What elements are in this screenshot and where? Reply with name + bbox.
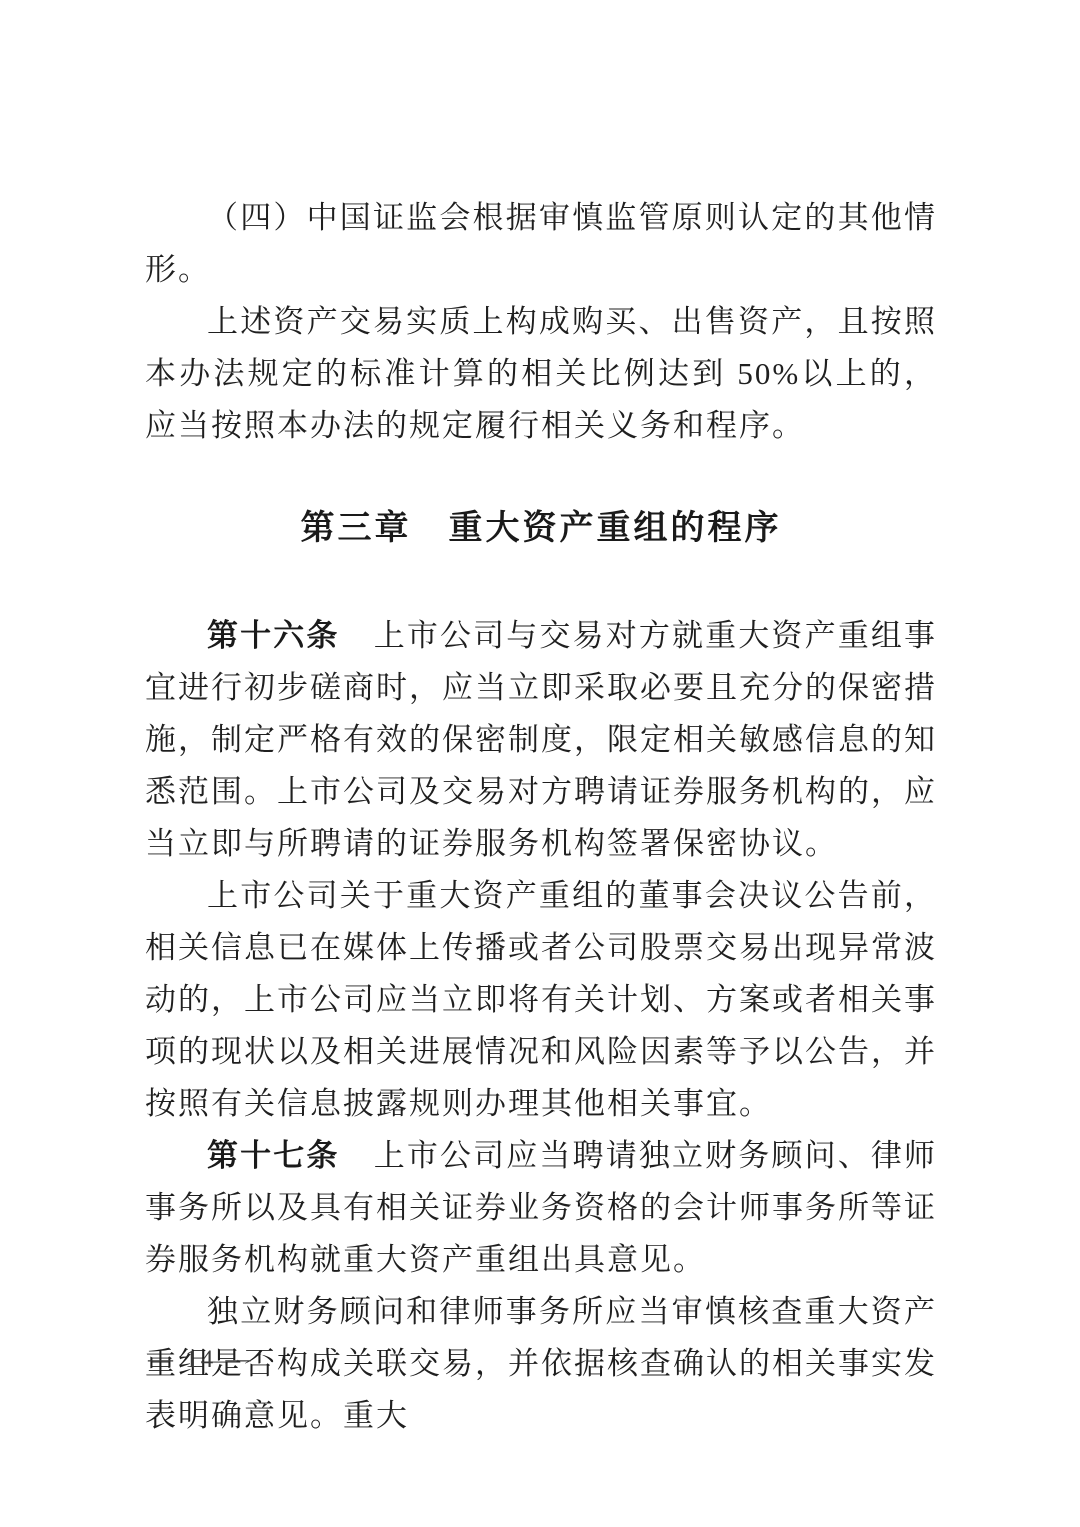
article-number-17: 第十七条 [207, 1138, 340, 1173]
chapter-heading: 第三章 重大资产重组的程序 [145, 502, 937, 554]
paragraph-text: 上市公司关于重大资产重组的董事会决议公告前，相关信息已在媒体上传播或者公司股票交… [145, 878, 937, 1121]
paragraph-text: （四）中国证监会根据审慎监管原则认定的其他情形。 [145, 200, 937, 287]
article-number-16: 第十六条 [207, 618, 340, 653]
document-body: （四）中国证监会根据审慎监管原则认定的其他情形。 上述资产交易实质上构成购买、出… [145, 192, 937, 1442]
paragraph-text: 上市公司与交易对方就重大资产重组事宜进行初步磋商时，应当立即采取必要且充分的保密… [145, 618, 937, 861]
paragraph: 上述资产交易实质上构成购买、出售资产，且按照本办法规定的标准计算的相关比例达到 … [145, 296, 937, 452]
paragraph: 第十六条上市公司与交易对方就重大资产重组事宜进行初步磋商时，应当立即采取必要且充… [145, 610, 937, 870]
page-number: — 14 — [148, 1346, 254, 1374]
paragraph: （四）中国证监会根据审慎监管原则认定的其他情形。 [145, 192, 937, 296]
document-page: （四）中国证监会根据审慎监管原则认定的其他情形。 上述资产交易实质上构成购买、出… [0, 0, 1080, 1527]
paragraph-text: 独立财务顾问和律师事务所应当审慎核查重大资产重组是否构成关联交易，并依据核查确认… [145, 1294, 937, 1433]
paragraph: 第十七条上市公司应当聘请独立财务顾问、律师事务所以及具有相关证券业务资格的会计师… [145, 1130, 937, 1286]
paragraph: 独立财务顾问和律师事务所应当审慎核查重大资产重组是否构成关联交易，并依据核查确认… [145, 1286, 937, 1442]
paragraph-text: 上述资产交易实质上构成购买、出售资产，且按照本办法规定的标准计算的相关比例达到 … [145, 304, 937, 443]
paragraph: 上市公司关于重大资产重组的董事会决议公告前，相关信息已在媒体上传播或者公司股票交… [145, 870, 937, 1130]
